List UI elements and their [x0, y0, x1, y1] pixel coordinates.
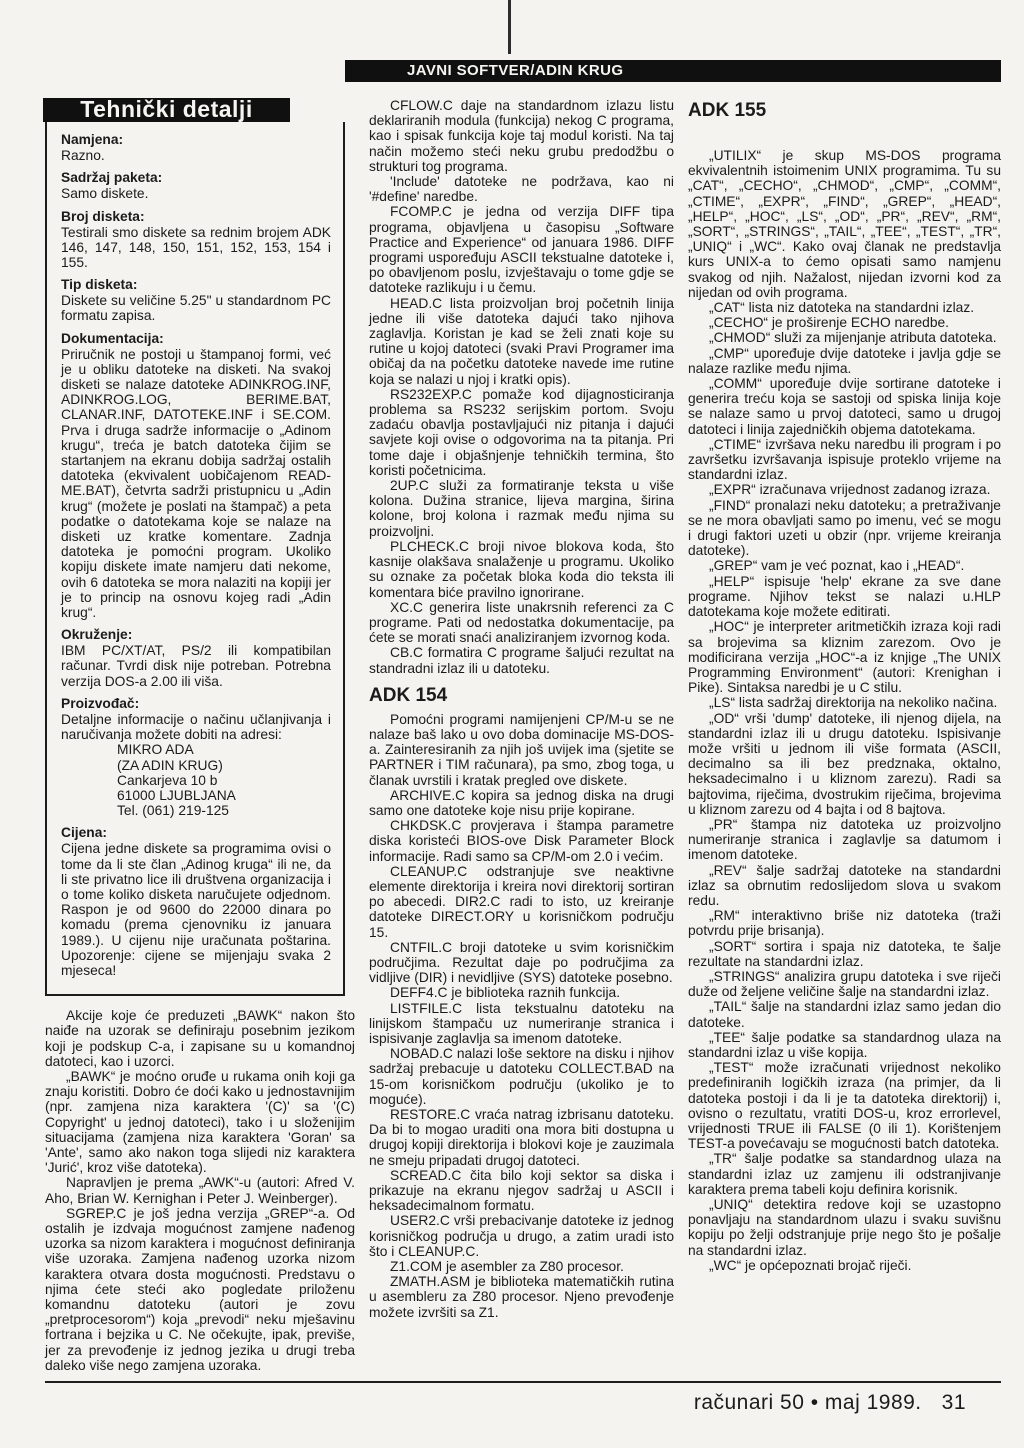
- body-paragraph: CB.C formatira C programe šaljući rezult…: [369, 645, 674, 675]
- footer-page-number: 31: [942, 1391, 966, 1414]
- footer-magazine-info: računari 50 • maj 1989.: [694, 1391, 922, 1414]
- address-line: 61000 LJUBLJANA: [61, 788, 331, 803]
- tech-section-label: Cijena:: [61, 825, 331, 841]
- body-paragraph: CHKDSK.C provjerava i štampa parametre d…: [369, 818, 674, 864]
- body-paragraph: RESTORE.C vraća natrag izbrisanu datotek…: [369, 1107, 674, 1168]
- right-column: ADK 155 „UTILIX“ je skup MS-DOS programa…: [688, 98, 1001, 1373]
- adk-155-paragraphs: „UTILIX“ je skup MS-DOS programa ekvival…: [688, 148, 1001, 1273]
- body-paragraph: PLCHECK.C broji nivoe blokova koda, što …: [369, 539, 674, 600]
- body-paragraph: SCREAD.C čita bilo koji sektor sa diska …: [369, 1168, 674, 1214]
- middle-column: CFLOW.C daje na standardnom izlazu listu…: [369, 98, 674, 1373]
- body-paragraph: „HOC“ je interpreter aritmetičkih izraza…: [688, 619, 1001, 695]
- tech-section-text: Detaljne informacije o načinu učlanjivan…: [61, 712, 331, 742]
- body-paragraph: Akcije koje će preduzeti „BAWK“ nakon št…: [45, 1008, 355, 1069]
- body-paragraph: 2UP.C služi za formatiranje teksta u viš…: [369, 478, 674, 539]
- body-paragraph: „COMM“ upoređuje dvije sortirane datotek…: [688, 376, 1001, 437]
- adk-154-paragraphs: Pomoćni programi namijenjeni CP/M-u se n…: [369, 712, 674, 1320]
- body-paragraph: „TEE“ šalje podatke sa standardnog ulaza…: [688, 1030, 1001, 1060]
- body-paragraph: „PR“ štampa niz datoteka uz proizvoljno …: [688, 817, 1001, 863]
- address-line: (ZA ADIN KRUG): [61, 758, 331, 773]
- tech-section-text: Cijena jedne diskete sa programima ovisi…: [61, 841, 331, 978]
- body-paragraph: „UTILIX“ je skup MS-DOS programa ekvival…: [688, 148, 1001, 300]
- tech-section: Tip disketa: Diskete su veličine 5.25" u…: [61, 277, 331, 323]
- tech-section: Okruženje: IBM PC/XT/AT, PS/2 ili kompat…: [61, 627, 331, 689]
- header-banner: JAVNI SOFTVER/ADIN KRUG: [345, 60, 1001, 82]
- body-paragraph: „FIND“ pronalazi neku datoteku; a pretra…: [688, 498, 1001, 559]
- body-paragraph: 'Include' datoteke ne podržava, kao ni '…: [369, 174, 674, 204]
- tech-section-label: Okruženje:: [61, 627, 331, 643]
- address-line: Cankarjeva 10 b: [61, 773, 331, 788]
- body-paragraph: „CHMOD“ služi za mijenjanje atributa dat…: [688, 330, 1001, 345]
- tech-section-label: Tip disketa:: [61, 277, 331, 293]
- address-line: MIKRO ADA: [61, 742, 331, 757]
- body-paragraph: „WC“ je općepoznati brojač riječi.: [688, 1258, 1001, 1273]
- body-paragraph: „RM“ interaktivno briše niz datoteka (tr…: [688, 908, 1001, 938]
- tech-section-label: Broj disketa:: [61, 209, 331, 225]
- body-paragraph: RS232EXP.C pomaže kod dijagnosticiranja …: [369, 387, 674, 478]
- body-paragraph: USER2.C vrši prebacivanje datoteke iz je…: [369, 1213, 674, 1259]
- body-paragraph: FCOMP.C je jedna od verzija DIFF tipa pr…: [369, 204, 674, 295]
- tech-details-box: Tehnički detalji Namjena: Razno. Sadržaj…: [45, 98, 345, 996]
- body-paragraph: SGREP.C je još jedna verzija „GREP“-a. O…: [45, 1206, 355, 1373]
- body-paragraph: „CMP“ upoređuje dvije datoteke i javlja …: [688, 346, 1001, 376]
- adk-155-heading: ADK 155: [688, 100, 1001, 122]
- magazine-page: JAVNI SOFTVER/ADIN KRUG Tehnički detalji…: [0, 0, 1024, 1448]
- tech-details-body: Namjena: Razno. Sadržaj paketa: Samo dis…: [45, 122, 345, 996]
- body-paragraph: „EXPR“ izračunava vrijednost zadanog izr…: [688, 482, 1001, 497]
- tech-section: Proizvođač: Detaljne informacije o način…: [61, 696, 331, 818]
- top-fold-mark: [508, 0, 511, 54]
- tech-section: Broj disketa: Testirali smo diskete sa r…: [61, 209, 331, 271]
- body-paragraph: Napravljen je prema „AWK“-u (autori: Afr…: [45, 1175, 355, 1205]
- body-paragraph: „GREP“ vam je već poznat, kao i „HEAD“.: [688, 558, 1001, 573]
- body-paragraph: ZMATH.ASM je biblioteka matematičkih rut…: [369, 1274, 674, 1320]
- body-paragraph: „CECHO“ je proširenje ECHO naredbe.: [688, 315, 1001, 330]
- body-paragraph: CFLOW.C daje na standardnom izlazu listu…: [369, 98, 674, 174]
- body-paragraph: „BAWK“ je moćno oruđe u rukama onih koji…: [45, 1069, 355, 1175]
- footer-rule: [45, 1381, 1001, 1383]
- body-paragraph: DEFF4.C je biblioteka raznih funkcija.: [369, 985, 674, 1000]
- adk-154-heading: ADK 154: [369, 685, 674, 707]
- body-paragraph: „CAT“ lista niz datoteka na standardni i…: [688, 300, 1001, 315]
- body-paragraph: Pomoćni programi namijenjeni CP/M-u se n…: [369, 712, 674, 788]
- body-paragraph: HEAD.C lista proizvoljan broj početnih l…: [369, 296, 674, 387]
- tech-section-label: Dokumentacija:: [61, 331, 331, 347]
- tech-section-text: Priručnik ne postoji u štampanoj formi, …: [61, 347, 331, 621]
- tech-section-text: Samo diskete.: [61, 186, 331, 201]
- tech-section-text: Razno.: [61, 148, 331, 163]
- tech-section: Cijena: Cijena jedne diskete sa programi…: [61, 825, 331, 978]
- body-paragraph: „OD“ vrši 'dump' datoteke, ili njenog di…: [688, 711, 1001, 817]
- body-paragraph: „UNIQ“ detektira redove koji se uzastopn…: [688, 1197, 1001, 1258]
- page-footer: računari 50 • maj 1989.31: [694, 1391, 966, 1415]
- tech-section-label: Proizvođač:: [61, 696, 331, 712]
- body-paragraph: LISTFILE.C lista tekstualnu datoteku na …: [369, 1001, 674, 1047]
- body-paragraph: „TEST“ može izračunati vrijednost nekoli…: [688, 1060, 1001, 1151]
- body-paragraph: „REV“ šalje sadržaj datoteke na standard…: [688, 863, 1001, 909]
- tech-section-label: Sadržaj paketa:: [61, 170, 331, 186]
- tech-section: Sadržaj paketa: Samo diskete.: [61, 170, 331, 201]
- body-paragraph: „CTIME“ izvršava neku naredbu ili progra…: [688, 437, 1001, 483]
- article-columns: Tehnički detalji Namjena: Razno. Sadržaj…: [45, 98, 1001, 1373]
- body-paragraph: „STRINGS“ analizira grupu datoteka i sve…: [688, 969, 1001, 999]
- left-column: Tehnički detalji Namjena: Razno. Sadržaj…: [45, 98, 355, 1373]
- tech-section-text: IBM PC/XT/AT, PS/2 ili kompatibilan raču…: [61, 643, 331, 689]
- body-paragraph: „TR“ šalje podatke sa standardnog ulaza …: [688, 1151, 1001, 1197]
- body-paragraph: „TAIL“ šalje na standardni izlaz samo je…: [688, 999, 1001, 1029]
- body-paragraph: CNTFIL.C broji datoteke u svim korisničk…: [369, 940, 674, 986]
- body-paragraph: NOBAD.C nalazi loše sektore na disku i n…: [369, 1046, 674, 1107]
- address-block: MIKRO ADA(ZA ADIN KRUG)Cankarjeva 10 b61…: [61, 742, 331, 818]
- tech-section-text: Testirali smo diskete sa rednim brojem A…: [61, 225, 331, 271]
- tech-details-title: Tehnički detalji: [43, 98, 290, 122]
- address-line: Tel. (061) 219-125: [61, 803, 331, 818]
- tech-section: Namjena: Razno.: [61, 132, 331, 163]
- banner-label: JAVNI SOFTVER/ADIN KRUG: [407, 62, 623, 79]
- tech-section-label: Namjena:: [61, 132, 331, 148]
- middle-top-paragraphs: CFLOW.C daje na standardnom izlazu listu…: [369, 98, 674, 676]
- body-paragraph: „LS“ lista sadržaj direktorija na nekoli…: [688, 695, 1001, 710]
- body-paragraph: CLEANUP.C odstranjuje sve neaktivne elem…: [369, 864, 674, 940]
- body-paragraph: Z1.COM je asembler za Z80 procesor.: [369, 1259, 674, 1274]
- left-column-paragraphs: Akcije koje će preduzeti „BAWK“ nakon št…: [45, 1008, 355, 1373]
- body-paragraph: „HELP“ ispisuje 'help' ekrane za sve dan…: [688, 574, 1001, 620]
- tech-section-text: Diskete su veličine 5.25" u standardnom …: [61, 293, 331, 323]
- body-paragraph: XC.C generira liste unakrsnih referenci …: [369, 600, 674, 646]
- body-paragraph: ARCHIVE.C kopira sa jednog diska na drug…: [369, 788, 674, 818]
- body-paragraph: „SORT“ sortira i spaja niz datoteka, te …: [688, 939, 1001, 969]
- tech-section: Dokumentacija: Priručnik ne postoji u št…: [61, 331, 331, 621]
